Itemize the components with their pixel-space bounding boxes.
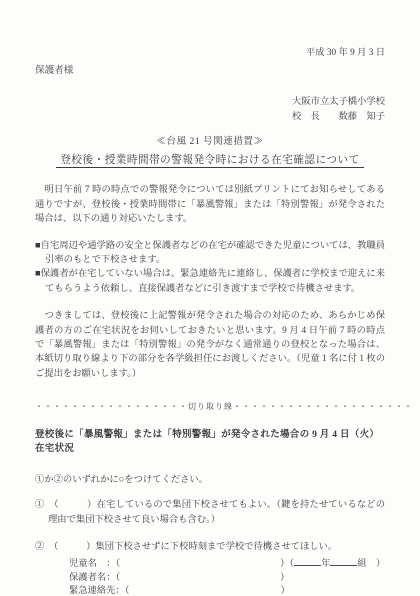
form-fields: 児童名 ：（）（年組 ） 保護者名：（） 緊急連絡先：（） — [69, 556, 385, 596]
paragraph-request: つきましては、登校後に上記警報が発令された場合の対応のため、あらかじめ保護者の方… — [35, 309, 385, 381]
bullet-item-dismissal: ■自宅周辺や通学路の安全と保護者などの在宅が確認できた児童については、教職員引率… — [35, 239, 385, 268]
student-name-close-paren: ）（ — [280, 559, 294, 569]
bullet-item-waiting: ■保護者が在宅していない場合は、緊急連絡先に連絡し、保護者に学校まで迎えに来ても… — [35, 267, 385, 296]
emergency-contact-close-paren: ） — [280, 586, 289, 596]
cut-line-label: 切り取り線 — [188, 402, 233, 411]
form-instruction: ①か②のいずれかに○をつけてください。 — [35, 473, 385, 487]
document-date: 平成 30 年 9 月 3 日 — [35, 46, 385, 60]
emergency-contact-field: 緊急連絡先：（） — [69, 585, 385, 596]
cut-line-dots-left: ・・・・・・・・・・・・・・・・・ — [35, 402, 188, 411]
cut-line: ・・・・・・・・・・・・・・・・・切り取り線・・・・・・・・・・・・・・・・・・… — [35, 401, 385, 413]
paragraph-intro: 明日午前 7 時の時点での警報発令については別紙プリントにてお知らせしてある通り… — [35, 183, 385, 226]
form-heading: 登校後に「暴風警報」または「特別警報」が発令された場合の 9 月 4 日（火）在… — [35, 428, 385, 457]
document-title: 登校後・授業時間帯の警報発令時における在宅確認について — [35, 153, 385, 169]
year-label: 年 — [321, 559, 330, 569]
guardian-name-field: 保護者名：（） — [69, 572, 385, 586]
addressee: 保護者様 — [35, 64, 385, 79]
document-subtitle: ≪台風 21 号関連措置≫ — [35, 135, 385, 150]
sender-block: 大阪市立太子橋小学校 校 長 数藤 知子 — [35, 95, 385, 125]
guardian-name-close-paren: ） — [280, 573, 289, 583]
class-blank — [330, 556, 357, 566]
emergency-contact-label: 緊急連絡先：（ — [69, 586, 129, 596]
bullet-list: ■自宅周辺や通学路の安全と保護者などの在宅が確認できた児童については、教職員引率… — [35, 239, 385, 297]
school-name: 大阪市立太子橋小学校 — [35, 95, 385, 110]
school-notice-document: 平成 30 年 9 月 3 日 保護者様 大阪市立太子橋小学校 校 長 数藤 知… — [0, 0, 420, 596]
option-2-wait-at-school: ② （ ）集団下校させずに下校時刻まで学校で待機させてほしい。 — [35, 540, 385, 554]
principal-name: 校 長 数藤 知子 — [35, 110, 385, 125]
class-label: 組 ） — [357, 559, 385, 569]
option-1-stay-home: ① （ ）在宅しているので集団下校させてもよい。（鍵を持たせているなどの理由で集… — [35, 498, 385, 527]
cut-line-dots-right: ・・・・・・・・・・・・・・・・・・・・ — [233, 402, 413, 411]
year-blank — [294, 556, 321, 566]
document-title-text: 登校後・授業時間帯の警報発令時における在宅確認について — [56, 155, 363, 168]
student-name-label: 児童名 ：（ — [69, 559, 120, 569]
student-name-field: 児童名 ：（）（年組 ） — [69, 556, 385, 572]
guardian-name-label: 保護者名：（ — [69, 573, 120, 583]
